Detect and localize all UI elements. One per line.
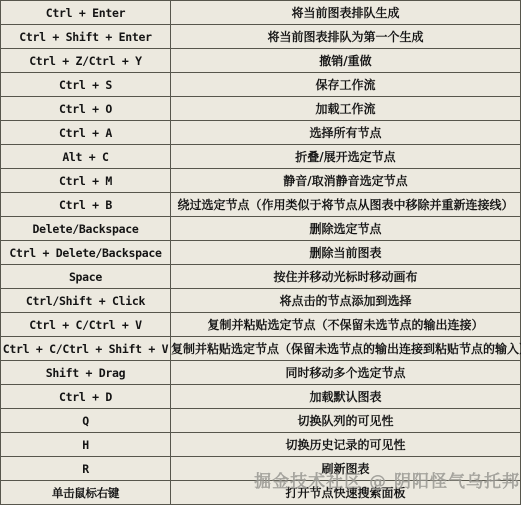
shortcut-cell: Ctrl + C/Ctrl + Shift + V xyxy=(1,337,171,360)
description-cell: 删除选定节点 xyxy=(171,217,520,240)
table-row: Delete/Backspace删除选定节点 xyxy=(1,217,520,241)
description-cell: 复制并粘贴选定节点（保留未选节点的输出连接到粘贴节点的输入） xyxy=(171,337,521,360)
table-row: Ctrl + S保存工作流 xyxy=(1,73,520,97)
shortcut-cell: Ctrl + A xyxy=(1,121,171,144)
description-cell: 选择所有节点 xyxy=(171,121,520,144)
shortcut-cell: Ctrl + O xyxy=(1,97,171,120)
table-row: Ctrl + Z/Ctrl + Y撤销/重做 xyxy=(1,49,520,73)
description-cell: 撤销/重做 xyxy=(171,49,520,72)
description-cell: 将当前图表排队生成 xyxy=(171,1,520,24)
description-cell: 保存工作流 xyxy=(171,73,520,96)
description-cell: 切换历史记录的可见性 xyxy=(171,433,520,456)
description-cell: 打开节点快速搜索面板 xyxy=(171,481,520,504)
description-cell: 绕过选定节点（作用类似于将节点从图表中移除并重新连接线） xyxy=(171,193,520,216)
shortcut-cell: Q xyxy=(1,409,171,432)
table-row: Ctrl + D加载默认图表 xyxy=(1,385,520,409)
table-row: Ctrl + O加载工作流 xyxy=(1,97,520,121)
shortcut-cell: Ctrl + Shift + Enter xyxy=(1,25,171,48)
description-cell: 复制并粘贴选定节点（不保留未选节点的输出连接） xyxy=(171,313,520,336)
table-row: R刷新图表 xyxy=(1,457,520,481)
shortcut-cell: Ctrl + D xyxy=(1,385,171,408)
shortcuts-table-page: Ctrl + Enter将当前图表排队生成Ctrl + Shift + Ente… xyxy=(0,0,521,505)
table-row: H切换历史记录的可见性 xyxy=(1,433,520,457)
shortcut-cell: R xyxy=(1,457,171,480)
shortcut-cell: Ctrl + Enter xyxy=(1,1,171,24)
description-cell: 按住并移动光标时移动画布 xyxy=(171,265,520,288)
table-row: Ctrl + Shift + Enter将当前图表排队为第一个生成 xyxy=(1,25,520,49)
description-cell: 切换队列的可见性 xyxy=(171,409,520,432)
description-cell: 刷新图表 xyxy=(171,457,520,480)
table-row: Ctrl + Delete/Backspace删除当前图表 xyxy=(1,241,520,265)
description-cell: 将点击的节点添加到选择 xyxy=(171,289,520,312)
shortcut-cell: Ctrl + Delete/Backspace xyxy=(1,241,171,264)
table-row: Ctrl + C/Ctrl + Shift + V复制并粘贴选定节点（保留未选节… xyxy=(1,337,520,361)
shortcut-cell: Ctrl/Shift + Click xyxy=(1,289,171,312)
table-row: Shift + Drag同时移动多个选定节点 xyxy=(1,361,520,385)
table-row: Ctrl + M静音/取消静音选定节点 xyxy=(1,169,520,193)
shortcut-cell: Ctrl + Z/Ctrl + Y xyxy=(1,49,171,72)
description-cell: 将当前图表排队为第一个生成 xyxy=(171,25,520,48)
table-row: Ctrl + A选择所有节点 xyxy=(1,121,520,145)
table-row: Ctrl/Shift + Click将点击的节点添加到选择 xyxy=(1,289,520,313)
table-row: Q切换队列的可见性 xyxy=(1,409,520,433)
table-row: Alt + C折叠/展开选定节点 xyxy=(1,145,520,169)
description-cell: 加载默认图表 xyxy=(171,385,520,408)
shortcut-cell: Space xyxy=(1,265,171,288)
table-row: Space按住并移动光标时移动画布 xyxy=(1,265,520,289)
description-cell: 同时移动多个选定节点 xyxy=(171,361,520,384)
description-cell: 静音/取消静音选定节点 xyxy=(171,169,520,192)
shortcut-cell: Ctrl + M xyxy=(1,169,171,192)
shortcut-table: Ctrl + Enter将当前图表排队生成Ctrl + Shift + Ente… xyxy=(0,0,521,505)
shortcut-cell: H xyxy=(1,433,171,456)
description-cell: 折叠/展开选定节点 xyxy=(171,145,520,168)
table-row: Ctrl + B绕过选定节点（作用类似于将节点从图表中移除并重新连接线） xyxy=(1,193,520,217)
table-row: Ctrl + C/Ctrl + V复制并粘贴选定节点（不保留未选节点的输出连接） xyxy=(1,313,520,337)
description-cell: 加载工作流 xyxy=(171,97,520,120)
shortcut-cell: 单击鼠标右键 xyxy=(1,481,171,504)
shortcut-cell: Alt + C xyxy=(1,145,171,168)
shortcut-cell: Delete/Backspace xyxy=(1,217,171,240)
shortcut-cell: Shift + Drag xyxy=(1,361,171,384)
table-row: Ctrl + Enter将当前图表排队生成 xyxy=(1,1,520,25)
shortcut-cell: Ctrl + B xyxy=(1,193,171,216)
description-cell: 删除当前图表 xyxy=(171,241,520,264)
shortcut-cell: Ctrl + S xyxy=(1,73,171,96)
table-row: 单击鼠标右键打开节点快速搜索面板 xyxy=(1,481,520,504)
shortcut-cell: Ctrl + C/Ctrl + V xyxy=(1,313,171,336)
